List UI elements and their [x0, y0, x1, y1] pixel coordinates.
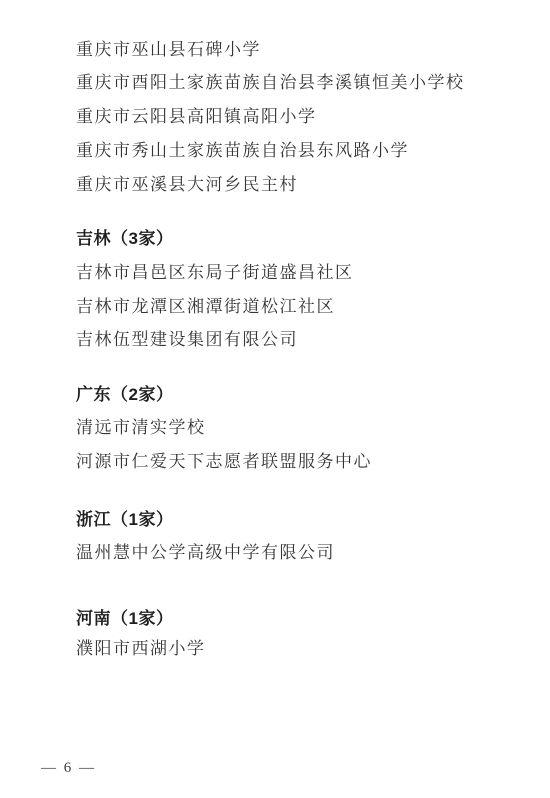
list-item: 重庆市秀山土家族苗族自治县东风路小学 [76, 141, 409, 160]
list-item: 温州慧中公学高级中学有限公司 [76, 543, 335, 562]
list-item: 吉林市龙潭区湘潭街道松江社区 [76, 297, 335, 316]
document-page: 重庆市巫山县石碑小学 重庆市酉阳土家族苗族自治县李溪镇恒美小学校 重庆市云阳县高… [0, 0, 550, 798]
list-item: 吉林市昌邑区东局子街道盛昌社区 [76, 263, 354, 282]
list-item: 濮阳市西湖小学 [76, 639, 206, 658]
section-heading: 广东（2家） [76, 385, 173, 404]
list-item: 河源市仁爱天下志愿者联盟服务中心 [76, 452, 372, 471]
list-item: 重庆市巫山县石碑小学 [76, 40, 261, 59]
section-heading: 浙江（1家） [76, 510, 173, 529]
list-item: 重庆市酉阳土家族苗族自治县李溪镇恒美小学校 [76, 73, 465, 92]
list-item: 重庆市巫溪县大河乡民主村 [76, 175, 298, 194]
list-item: 重庆市云阳县高阳镇高阳小学 [76, 107, 317, 126]
list-item: 清远市清实学校 [76, 418, 206, 437]
list-item: 吉林伍型建设集团有限公司 [76, 330, 298, 349]
section-heading: 吉林（3家） [76, 229, 173, 248]
page-number: — 6 — [41, 760, 96, 777]
section-heading: 河南（1家） [76, 609, 173, 628]
